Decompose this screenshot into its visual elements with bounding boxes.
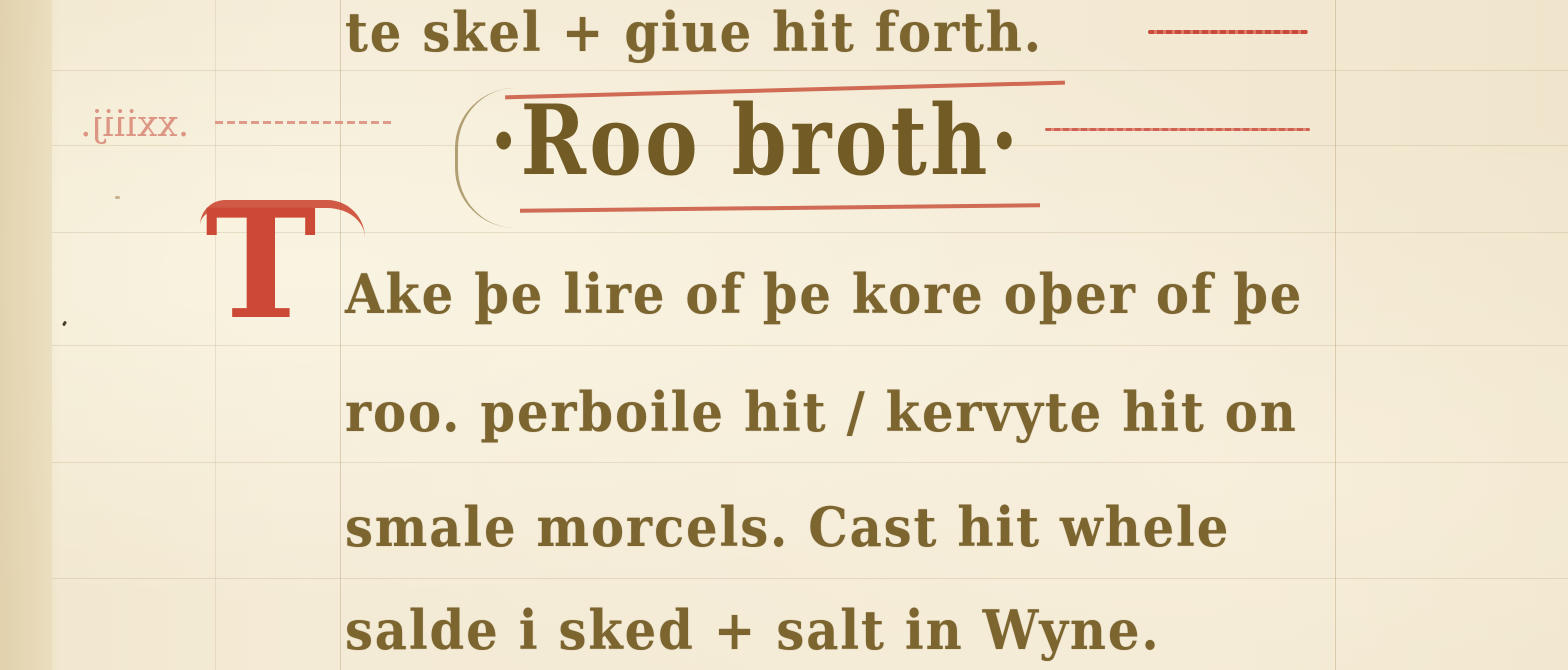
manuscript-page: te skel + giue hit forth. .xxiiij. ·Roo …	[0, 0, 1568, 670]
ruling-line	[52, 578, 1568, 579]
decorated-initial: T	[205, 190, 317, 340]
recipe-title: ·Roo broth·	[490, 84, 1021, 197]
text-line-previous: te skel + giue hit forth.	[345, 0, 1043, 64]
recipe-title-block: ·Roo broth·	[455, 78, 1055, 228]
ink-speck	[62, 321, 67, 327]
text-line-2: roo. perboile hit / kervyte hit on	[345, 380, 1298, 444]
text-line-4: salde i sked + salt in Wyne.	[345, 598, 1160, 662]
text-line-3: smale morcels. Cast hit whele	[345, 495, 1230, 559]
ruling-line	[52, 462, 1568, 463]
ruling-line-left	[340, 0, 341, 670]
ruling-line	[52, 70, 1568, 71]
text-line-1: Ake þe lire of þe kore oþer of þe	[345, 262, 1303, 326]
marginal-guide-line	[215, 121, 395, 124]
marginal-folio-number: .xxiiij.	[80, 104, 189, 145]
ruling-line-right	[1335, 0, 1336, 670]
title-filler-red	[1045, 128, 1310, 131]
ink-speck	[115, 196, 120, 199]
title-rubric-line-bottom	[520, 203, 1040, 212]
page-gutter	[0, 0, 52, 670]
line-filler-red	[1148, 30, 1308, 34]
